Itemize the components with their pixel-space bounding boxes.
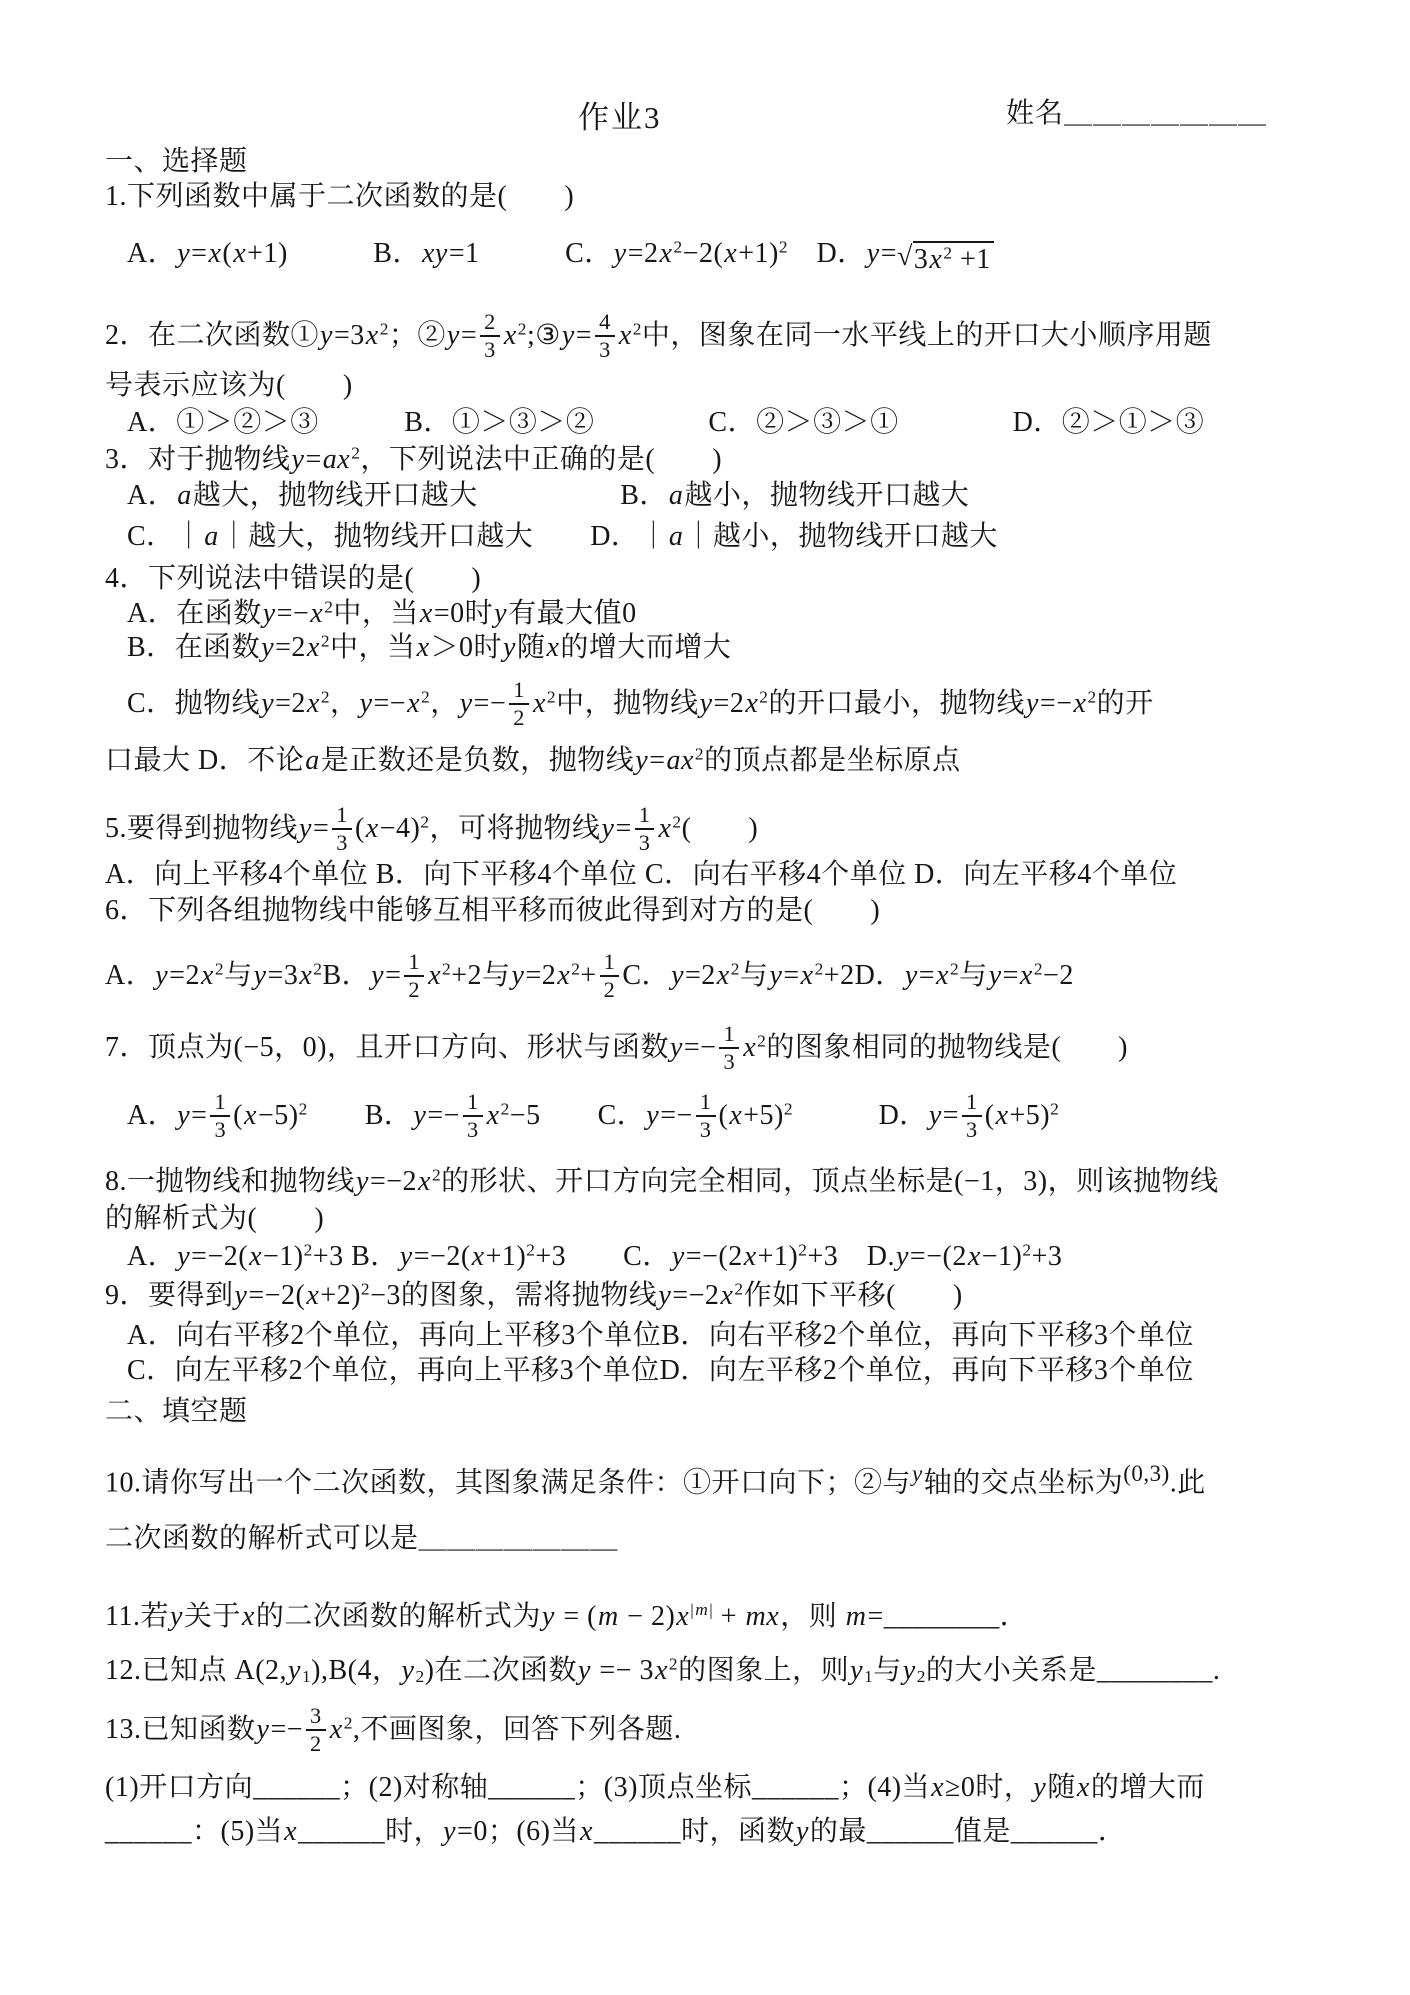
q3-options-cd: C．｜a｜越大，抛物线开口越大 D．｜a｜越小，抛物线开口越大 xyxy=(127,519,998,555)
q5-options: A．向上平移4个单位 B．向下平移4个单位 C．向右平移4个单位 D．向左平移4… xyxy=(105,857,1177,893)
q9-stem: 9．要得到y=−2(x+2)2−3的图象，需将抛物线y=−2x2作如下平移( ) xyxy=(105,1278,963,1314)
q13-parts-line2: ______：(5)当x______时，y=0；(6)当x______时，函数y… xyxy=(105,1814,1126,1850)
q7-options: A．y=13(x−5)2 B．y=−13x2−5 C．y=−13(x+5)2 D… xyxy=(127,1092,1059,1143)
q13-stem: 13.已知函数y=−32x2,不画图象，回答下列各题. xyxy=(105,1706,681,1757)
q3-stem: 3．对于抛物线y=ax2，下列说法中正确的是( ) xyxy=(105,442,722,478)
q7-stem: 7．顶点为(−5，0)，且开口方向、形状与函数y=−13x2的图象相同的抛物线是… xyxy=(105,1024,1128,1075)
section-2-heading: 二、填空题 xyxy=(105,1394,248,1430)
q10-stem-line1: 10.请你写出一个二次函数，其图象满足条件：①开口向下；②与y轴的交点坐标为(0… xyxy=(105,1456,1206,1501)
q4-option-b: B．在函数y=2x2中，当x＞0时y随x的增大而增大 xyxy=(127,630,731,666)
q8-stem-line1: 8.一抛物线和抛物线y=−2x2的形状、开口方向完全相同，顶点坐标是(−1，3)… xyxy=(105,1164,1219,1200)
q13-parts-line1: (1)开口方向______；(2)对称轴______；(3)顶点坐标______… xyxy=(105,1770,1205,1806)
page-title: 作业3 xyxy=(578,100,662,136)
q4-stem: 4．下列说法中错误的是( ) xyxy=(105,561,481,597)
q1-options: A．y=x(x+1) B．xy=1 C．y=2x2−2(x+1)2 D．y=√3… xyxy=(127,236,994,277)
q4-option-d-cont: 口最大 D．不论a是正数还是负数，抛物线y=ax2的顶点都是坐标原点 xyxy=(105,743,961,779)
name-blank-field: 姓名＿＿＿＿＿＿＿ xyxy=(1006,96,1267,132)
q12-fill: 12.已知点 A(2,y1),B(4，y2)在二次函数y =− 3x2的图象上，… xyxy=(105,1653,1220,1689)
worksheet-page: 作业3 姓名＿＿＿＿＿＿＿ 一、选择题 1.下列函数中属于二次函数的是( ) A… xyxy=(0,0,1410,1995)
q8-options: A．y=−2(x−1)2+3 B．y=−2(x+1)2+3 C．y=−(2x+1… xyxy=(127,1239,1062,1275)
q2-stem-line1: 2．在二次函数①y=3x2；②y=23x2;③y=43x2中，图象在同一水平线上… xyxy=(105,312,1212,363)
q9-options-cd: C．向左平移2个单位，再向上平移3个单位D．向左平移2个单位，再向下平移3个单位 xyxy=(127,1353,1194,1389)
q11-fill: 11.若y关于x的二次函数的解析式为y = (m − 2)x|m| + mx，则… xyxy=(105,1599,1028,1635)
q2-stem-line2: 号表示应该为( ) xyxy=(105,368,353,404)
q4-option-c: C．抛物线y=2x2，y=−x2，y=−12x2中，抛物线y=2x2的开口最小，… xyxy=(127,680,1154,731)
q8-stem-line2: 的解析式为( ) xyxy=(105,1201,324,1237)
section-1-heading: 一、选择题 xyxy=(105,144,248,180)
q2-options: A．①＞②＞③ B．①＞③＞② C．②＞③＞① D．②＞①＞③ xyxy=(127,405,1204,441)
q1-stem: 1.下列函数中属于二次函数的是( ) xyxy=(105,179,574,215)
q6-stem: 6．下列各组抛物线中能够互相平移而彼此得到对方的是( ) xyxy=(105,893,880,929)
q10-stem-line2: 二次函数的解析式可以是＿＿＿＿＿＿＿ xyxy=(105,1521,618,1557)
q6-options: A．y=2x2与y=3x2B．y=12x2+2与y=2x2+12C．y=2x2与… xyxy=(105,952,1074,1003)
q4-option-a: A．在函数y=−x2中，当x=0时y有最大值0 xyxy=(127,596,637,632)
q3-options-ab: A．a越大，抛物线开口越大 B．a越小，抛物线开口越大 xyxy=(127,478,969,514)
q5-stem: 5.要得到抛物线y=13(x−4)2，可将抛物线y=13x2( ) xyxy=(105,805,758,856)
q9-options-ab: A．向右平移2个单位，再向上平移3个单位B．向右平移2个单位，再向下平移3个单位 xyxy=(127,1318,1194,1354)
